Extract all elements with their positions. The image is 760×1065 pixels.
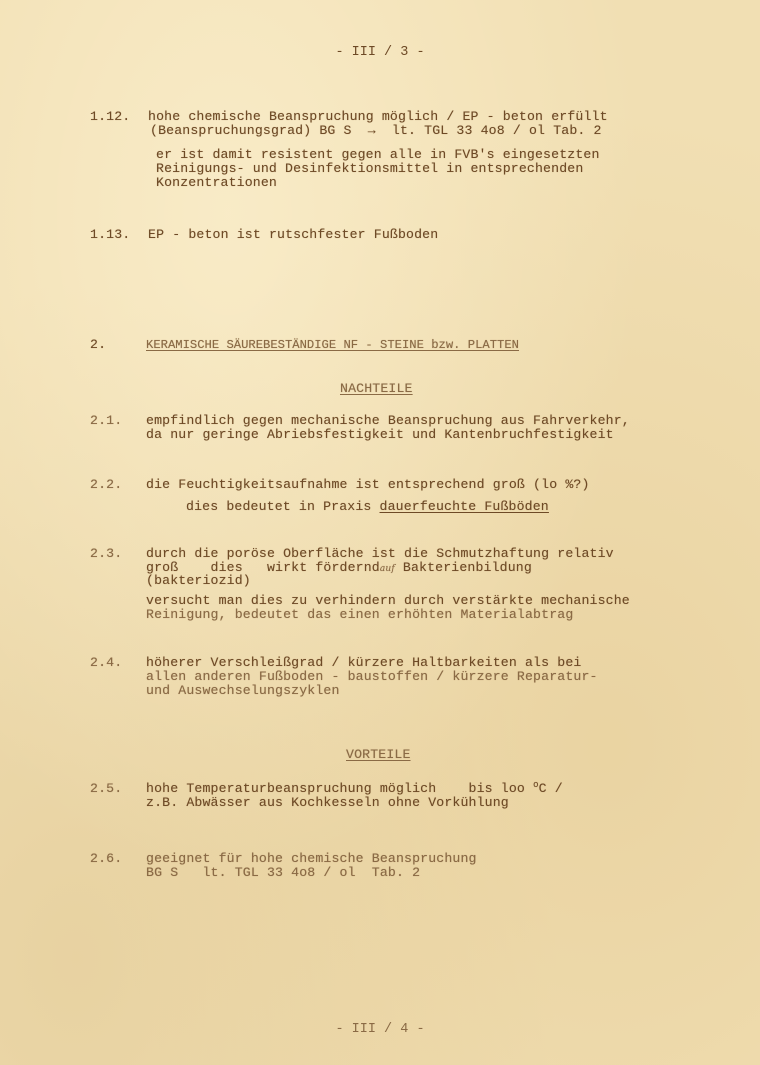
item-2-3-line5: Reinigung, bedeutet das einen erhöhten M… bbox=[146, 608, 573, 622]
item-number-1-13: 1.13. bbox=[90, 228, 130, 242]
item-2-3-line4: versucht man dies zu verhindern durch ve… bbox=[146, 594, 630, 608]
item-2-6-line2: BG S lt. TGL 33 4o8 / ol Tab. 2 bbox=[146, 866, 420, 880]
item-2-2-line2-text: dies bedeutet in Praxis bbox=[186, 499, 380, 514]
page-number-header: - III / 3 - bbox=[0, 45, 760, 60]
section-2-number: 2. bbox=[90, 338, 106, 352]
item-1-12-line4: Reinigungs- und Desinfektionsmittel in e… bbox=[156, 162, 583, 176]
item-1-12-line2: (Beanspruchungsgrad) BG S → lt. TGL 33 4… bbox=[150, 124, 602, 138]
disadvantages-heading: NACHTEILE bbox=[340, 382, 413, 396]
item-2-5-line1-text: hohe Temperaturbeanspruchung möglich bis… bbox=[146, 781, 533, 796]
item-number-2-4: 2.4. bbox=[90, 656, 122, 670]
item-2-4-line2: allen anderen Fußboden - baustoffen / kü… bbox=[146, 670, 598, 684]
item-number-2-3: 2.3. bbox=[90, 547, 122, 561]
typewritten-page: - III / 3 - 1.12. hohe chemische Beanspr… bbox=[0, 0, 760, 1065]
item-2-3-line2-text-b: Bakterienbildung bbox=[395, 560, 532, 575]
item-number-2-6: 2.6. bbox=[90, 852, 122, 866]
advantages-heading: VORTEILE bbox=[346, 748, 411, 762]
item-2-2-line1: die Feuchtigkeitsaufnahme ist entspreche… bbox=[146, 478, 590, 492]
item-1-13-line1: EP - beton ist rutschfester Fußboden bbox=[148, 228, 438, 242]
item-2-1-line1: empfindlich gegen mechanische Beanspruch… bbox=[146, 414, 630, 428]
item-number-2-2: 2.2. bbox=[90, 478, 122, 492]
item-number-1-12: 1.12. bbox=[90, 110, 130, 124]
degree-superscript: o bbox=[533, 780, 539, 790]
section-2-title: KERAMISCHE SÄUREBESTÄNDIGE NF - STEINE b… bbox=[146, 338, 519, 352]
item-2-4-line1: höherer Verschleißgrad / kürzere Haltbar… bbox=[146, 656, 581, 670]
item-2-3-line3: (bakteriozid) bbox=[146, 574, 251, 588]
item-1-12-line5: Konzentrationen bbox=[156, 176, 277, 190]
item-2-5-line2: z.B. Abwässer aus Kochkesseln ohne Vorkü… bbox=[146, 796, 509, 810]
item-number-2-1: 2.1. bbox=[90, 414, 122, 428]
item-2-2-line2: dies bedeutet in Praxis dauerfeuchte Fuß… bbox=[186, 500, 549, 514]
page-number-footer: - III / 4 - bbox=[0, 1022, 760, 1037]
item-2-1-line2: da nur geringe Abriebsfestigkeit und Kan… bbox=[146, 428, 614, 442]
item-2-6-line1: geeignet für hohe chemische Beanspruchun… bbox=[146, 852, 477, 866]
item-1-12-line1: hohe chemische Beanspruchung möglich / E… bbox=[148, 110, 608, 124]
item-2-4-line3: und Auswechselungszyklen bbox=[146, 684, 340, 698]
item-1-12-line3: er ist damit resistent gegen alle in FVB… bbox=[156, 148, 600, 162]
item-2-3-line1: durch die poröse Oberfläche ist die Schm… bbox=[146, 547, 614, 561]
handwritten-annotation: auf bbox=[380, 564, 395, 574]
item-2-2-underlined-text: dauerfeuchte Fußböden bbox=[380, 499, 549, 514]
item-number-2-5: 2.5. bbox=[90, 782, 122, 796]
item-2-5-line1-unit: C / bbox=[539, 781, 563, 796]
